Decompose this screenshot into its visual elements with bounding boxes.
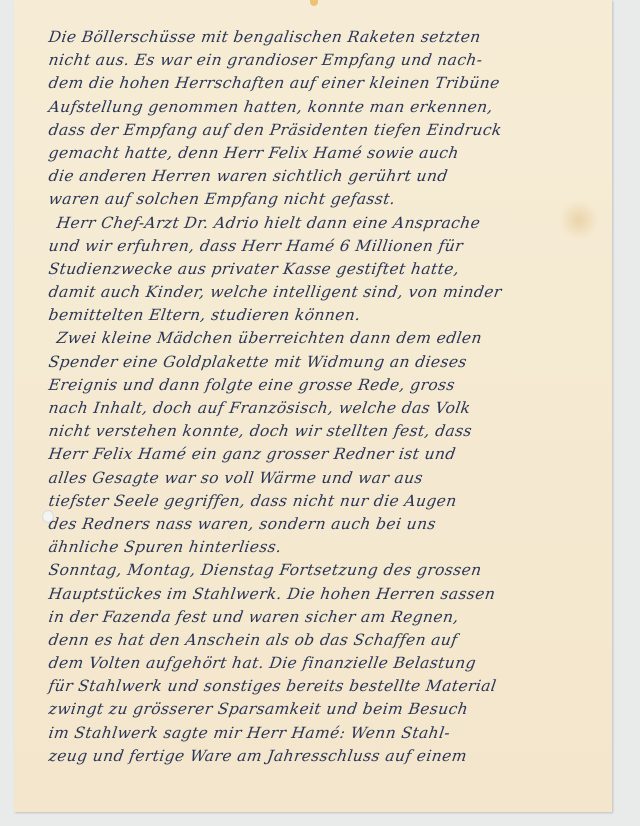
letter-page: Die Böllerschüsse mit bengalischen Raket… <box>14 0 612 812</box>
text-line: nach Inhalt, doch auf Französisch, welch… <box>47 397 622 420</box>
text-line: gemacht hatte, denn Herr Felix Hamé sowi… <box>47 142 622 165</box>
text-line: in der Fazenda fest und waren sicher am … <box>47 606 622 629</box>
text-line: Herr Chef-Arzt Dr. Adrio hielt dann eine… <box>47 212 622 235</box>
text-line: dem Volten aufgehört hat. Die finanziell… <box>47 652 622 675</box>
text-line: Ereignis und dann folgte eine grosse Red… <box>47 374 622 397</box>
text-line: Herr Felix Hamé ein ganz grosser Redner … <box>47 443 622 466</box>
text-line: zwingt zu grösserer Sparsamkeit und beim… <box>47 698 622 721</box>
text-line: waren auf solchen Empfang nicht gefasst. <box>47 188 622 211</box>
text-line: tiefster Seele gegriffen, dass nicht nur… <box>47 490 622 513</box>
text-line: nicht aus. Es war ein grandioser Empfang… <box>47 49 622 72</box>
text-line: denn es hat den Anschein als ob das Scha… <box>47 629 622 652</box>
handwritten-text: Die Böllerschüsse mit bengalischen Raket… <box>47 26 619 768</box>
text-line: ähnliche Spuren hinterliess. <box>47 536 622 559</box>
text-line: Studienzwecke aus privater Kasse gestift… <box>47 258 622 281</box>
text-line: Aufstellung genommen hatten, konnte man … <box>47 96 622 119</box>
text-line: dass der Empfang auf den Präsidenten tie… <box>47 119 622 142</box>
text-line: des Redners nass waren, sondern auch bei… <box>47 513 622 536</box>
text-line: Hauptstückes im Stahlwerk. Die hohen Her… <box>47 583 622 606</box>
text-line: Spender eine Goldplakette mit Widmung an… <box>47 351 622 374</box>
text-line: dem die hohen Herrschaften auf einer kle… <box>47 72 622 95</box>
text-line: damit auch Kinder, welche intelligent si… <box>47 281 622 304</box>
text-line: zeug und fertige Ware am Jahresschluss a… <box>47 745 622 768</box>
text-line: Die Böllerschüsse mit bengalischen Raket… <box>47 26 622 49</box>
text-line: Sonntag, Montag, Dienstag Fortsetzung de… <box>47 559 622 582</box>
text-line: nicht verstehen konnte, doch wir stellte… <box>47 420 622 443</box>
text-line: Zwei kleine Mädchen überreichten dann de… <box>47 327 622 350</box>
text-line: und wir erfuhren, dass Herr Hamé 6 Milli… <box>47 235 622 258</box>
text-line: die anderen Herren waren sichtlich gerüh… <box>47 165 622 188</box>
text-line: im Stahlwerk sagte mir Herr Hamé: Wenn S… <box>47 722 622 745</box>
text-line: für Stahlwerk und sonstiges bereits best… <box>47 675 622 698</box>
text-line: bemittelten Eltern, studieren können. <box>47 304 622 327</box>
text-line: alles Gesagte war so voll Wärme und war … <box>47 467 622 490</box>
